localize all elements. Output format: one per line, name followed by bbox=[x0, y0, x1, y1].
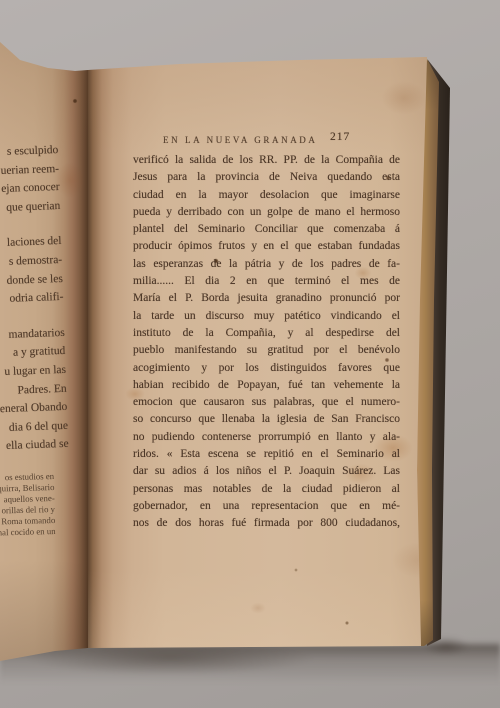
text-line: so concurso que llenaba la iglesia de Sa… bbox=[133, 411, 400, 428]
page-number: 217 bbox=[330, 131, 350, 143]
left-page-visible-text: s esculpido uerian reem- ejan conocer qu… bbox=[0, 141, 69, 458]
text-line: acogimiento y por los distinguidos favor… bbox=[133, 360, 400, 377]
text-line: habian recibido de Popayan, fué tan vehe… bbox=[133, 377, 400, 394]
book-photo: EN LA NUEVA GRANADA 217 verificó la sali… bbox=[0, 0, 500, 708]
text-line: nos de dos horas fué firmada por 800 ciu… bbox=[133, 515, 400, 532]
text-line: milia...... El dia 2 en que terminó el m… bbox=[133, 273, 400, 290]
text-line: producir ópimos frutos y en el que estab… bbox=[133, 238, 400, 255]
running-title: EN LA NUEVA GRANADA bbox=[163, 135, 318, 145]
text-line: emocion que causaron sus palabras, que e… bbox=[133, 394, 400, 411]
text-line: pueblo manifestando su gratitud por el b… bbox=[133, 342, 400, 359]
text-line: ciudad en la mayor desolacion que imagin… bbox=[133, 187, 400, 204]
left-page-footnote: os estudios en íquirra, Belisario aquell… bbox=[0, 471, 56, 540]
text-line: pueda y derribado con un golpe de mano e… bbox=[133, 204, 400, 221]
text-line: la tarde un discurso muy patético vindic… bbox=[133, 308, 400, 325]
text-line: dar su adios á los niños el P. Joaquin S… bbox=[133, 463, 400, 480]
text-line: instituto de la Compañia, y al despedirs… bbox=[133, 325, 400, 342]
text-line: plantel del Seminario Conciliar que come… bbox=[133, 221, 400, 238]
text-line: María el P. Borda jesuita granadino pron… bbox=[133, 290, 400, 307]
text-line: personas mas notables de la ciudad pidie… bbox=[133, 481, 400, 498]
right-page-body-text: verificó la salida de los RR. PP. de la … bbox=[133, 152, 400, 533]
text-line: gobernador, en una representacion que en… bbox=[133, 498, 400, 515]
text-line: verificó la salida de los RR. PP. de la … bbox=[133, 152, 400, 169]
text-line: Jesus para la provincia de Neiva quedand… bbox=[133, 169, 400, 186]
text-line: no pudiendo contenerse prorrumpió en lla… bbox=[133, 429, 400, 446]
text-line: las esperanzas de la pátria y de los pad… bbox=[133, 256, 400, 273]
text-line: ridos. « Esta escena se repitió en el Se… bbox=[133, 446, 400, 463]
